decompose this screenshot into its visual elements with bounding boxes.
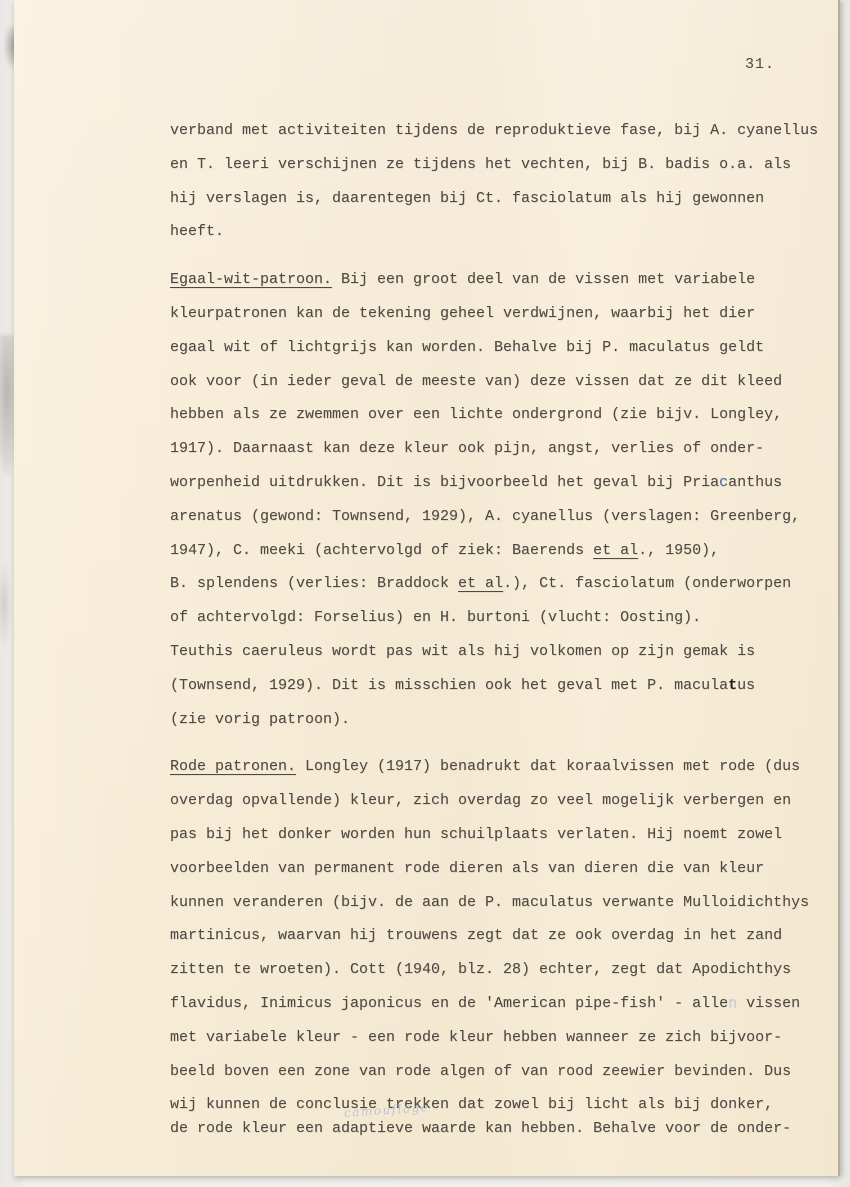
paragraph: verband met activiteiten tijdens de repr… xyxy=(170,114,846,249)
paragraph: Egaal-wit-patroon. Bij een groot deel va… xyxy=(170,263,846,736)
text-segment: overdag opvallende) kleur, zich overdag … xyxy=(170,792,791,809)
text-segment: 1947), C. meeki (achtervolgd of ziek: Ba… xyxy=(170,542,593,559)
text-line: flavidus, Inimicus japonicus en de 'Amer… xyxy=(170,987,846,1021)
text-line: voorbeelden van permanent rode dieren al… xyxy=(170,852,846,886)
text-line: martinicus, waarvan hij trouwens zegt da… xyxy=(170,919,846,953)
text-segment: .), Ct. fasciolatum (onderworpen xyxy=(503,575,791,592)
text-line: zitten te wroeten). Cott (1940, blz. 28)… xyxy=(170,953,846,987)
text-segment: hebben als ze zwemmen over een lichte on… xyxy=(170,406,782,423)
text-segment: worpenheid uitdrukken. Dit is bijvoorbee… xyxy=(170,474,719,491)
text-line: (zie vorig patroon). xyxy=(170,703,846,737)
text-segment: of achtervolgd: Forselius) en H. burtoni… xyxy=(170,609,701,626)
text-line: beeld boven een zone van rode algen of v… xyxy=(170,1055,846,1089)
text-segment: et al xyxy=(458,575,503,592)
text-line: Egaal-wit-patroon. Bij een groot deel va… xyxy=(170,263,846,297)
text-line: verband met activiteiten tijdens de repr… xyxy=(170,114,846,148)
text-segment: kunnen veranderen (bijv. de aan de P. ma… xyxy=(170,894,809,911)
text-segment: pas bij het donker worden hun schuilplaa… xyxy=(170,826,782,843)
text-segment: Teuthis caeruleus wordt pas wit als hij … xyxy=(170,643,755,660)
scan-smudge xyxy=(0,560,11,650)
text-segment: anthus xyxy=(728,474,782,491)
text-segment: n xyxy=(728,995,737,1012)
text-line: Teuthis caeruleus wordt pas wit als hij … xyxy=(170,635,846,669)
text-segment: ., 1950), xyxy=(638,542,719,559)
text-line: kunnen veranderen (bijv. de aan de P. ma… xyxy=(170,886,846,920)
text-line: kleurpatronen kan de tekening geheel ver… xyxy=(170,297,846,331)
text-line: (Townsend, 1929). Dit is misschien ook h… xyxy=(170,669,846,703)
paragraph: Rode patronen. Longley (1917) benadrukt … xyxy=(170,750,846,1146)
text-segment: de rode kleur een adaptieve waarde kan h… xyxy=(170,1120,791,1137)
text-segment: en T. leeri verschijnen ze tijdens het v… xyxy=(170,156,791,173)
text-line: overdag opvallende) kleur, zich overdag … xyxy=(170,784,846,818)
scanned-page-background: 31. verband met activiteiten tijdens de … xyxy=(0,0,850,1187)
text-segment: B. splendens (verlies: Braddock xyxy=(170,575,458,592)
text-segment: Rode patronen. xyxy=(170,758,296,775)
text-line: en T. leeri verschijnen ze tijdens het v… xyxy=(170,148,846,182)
text-segment: verband met activiteiten tijdens de repr… xyxy=(170,122,818,139)
text-segment: (zie vorig patroon). xyxy=(170,711,350,728)
text-line: hebben als ze zwemmen over een lichte on… xyxy=(170,398,846,432)
text-segment: zitten te wroeten). Cott (1940, blz. 28)… xyxy=(170,961,791,978)
text-segment: met variabele kleur - een rode kleur heb… xyxy=(170,1029,782,1046)
text-segment: heeft. xyxy=(170,223,224,240)
text-segment: et al xyxy=(593,542,638,559)
text-segment: Longley (1917) benadrukt dat koraalvisse… xyxy=(296,758,800,775)
text-segment: kleurpatronen kan de tekening geheel ver… xyxy=(170,305,755,322)
text-segment: egaal wit of lichtgrijs kan worden. Beha… xyxy=(170,339,764,356)
text-line: heeft. xyxy=(170,215,846,249)
text-line: Rode patronen. Longley (1917) benadrukt … xyxy=(170,750,846,784)
text-segment: t xyxy=(728,677,737,694)
text-line: of achtervolgd: Forselius) en H. burtoni… xyxy=(170,601,846,635)
document-page: 31. verband met activiteiten tijdens de … xyxy=(14,0,840,1176)
text-segment: flavidus, Inimicus japonicus en de 'Amer… xyxy=(170,995,728,1012)
document-body: verband met activiteiten tijdens de repr… xyxy=(170,114,846,1146)
text-segment: hij verslagen is, daarentegen bij Ct. fa… xyxy=(170,190,764,207)
text-line: egaal wit of lichtgrijs kan worden. Beha… xyxy=(170,331,846,365)
text-segment: Egaal-wit-patroon. xyxy=(170,271,332,288)
text-line: met variabele kleur - een rode kleur heb… xyxy=(170,1021,846,1055)
text-segment: wij kunnen de conclusie trekken dat zowe… xyxy=(170,1096,773,1113)
text-segment: us xyxy=(737,677,755,694)
text-segment: vissen xyxy=(737,995,800,1012)
text-line: worpenheid uitdrukken. Dit is bijvoorbee… xyxy=(170,466,846,500)
text-line: B. splendens (verlies: Braddock et al.),… xyxy=(170,567,846,601)
text-segment: (Townsend, 1929). Dit is misschien ook h… xyxy=(170,677,728,694)
text-segment: voorbeelden van permanent rode dieren al… xyxy=(170,860,764,877)
text-segment: 1917). Daarnaast kan deze kleur ook pijn… xyxy=(170,440,764,457)
text-segment: arenatus (gewond: Townsend, 1929), A. cy… xyxy=(170,508,800,525)
text-line: ook voor (in ieder geval de meeste van) … xyxy=(170,365,846,399)
text-line: 1947), C. meeki (achtervolgd of ziek: Ba… xyxy=(170,534,846,568)
text-segment: Bij een groot deel van de vissen met var… xyxy=(332,271,755,288)
text-line: hij verslagen is, daarentegen bij Ct. fa… xyxy=(170,182,846,216)
text-segment: martinicus, waarvan hij trouwens zegt da… xyxy=(170,927,782,944)
text-segment: ook voor (in ieder geval de meeste van) … xyxy=(170,373,782,390)
text-segment: beeld boven een zone van rode algen of v… xyxy=(170,1063,791,1080)
text-segment: c xyxy=(719,474,728,491)
text-line: de rode kleur een adaptieve waarde kan h… xyxy=(170,1112,846,1146)
text-line: arenatus (gewond: Townsend, 1929), A. cy… xyxy=(170,500,846,534)
text-line: 1917). Daarnaast kan deze kleur ook pijn… xyxy=(170,432,846,466)
page-number: 31. xyxy=(745,56,775,73)
text-line: pas bij het donker worden hun schuilplaa… xyxy=(170,818,846,852)
